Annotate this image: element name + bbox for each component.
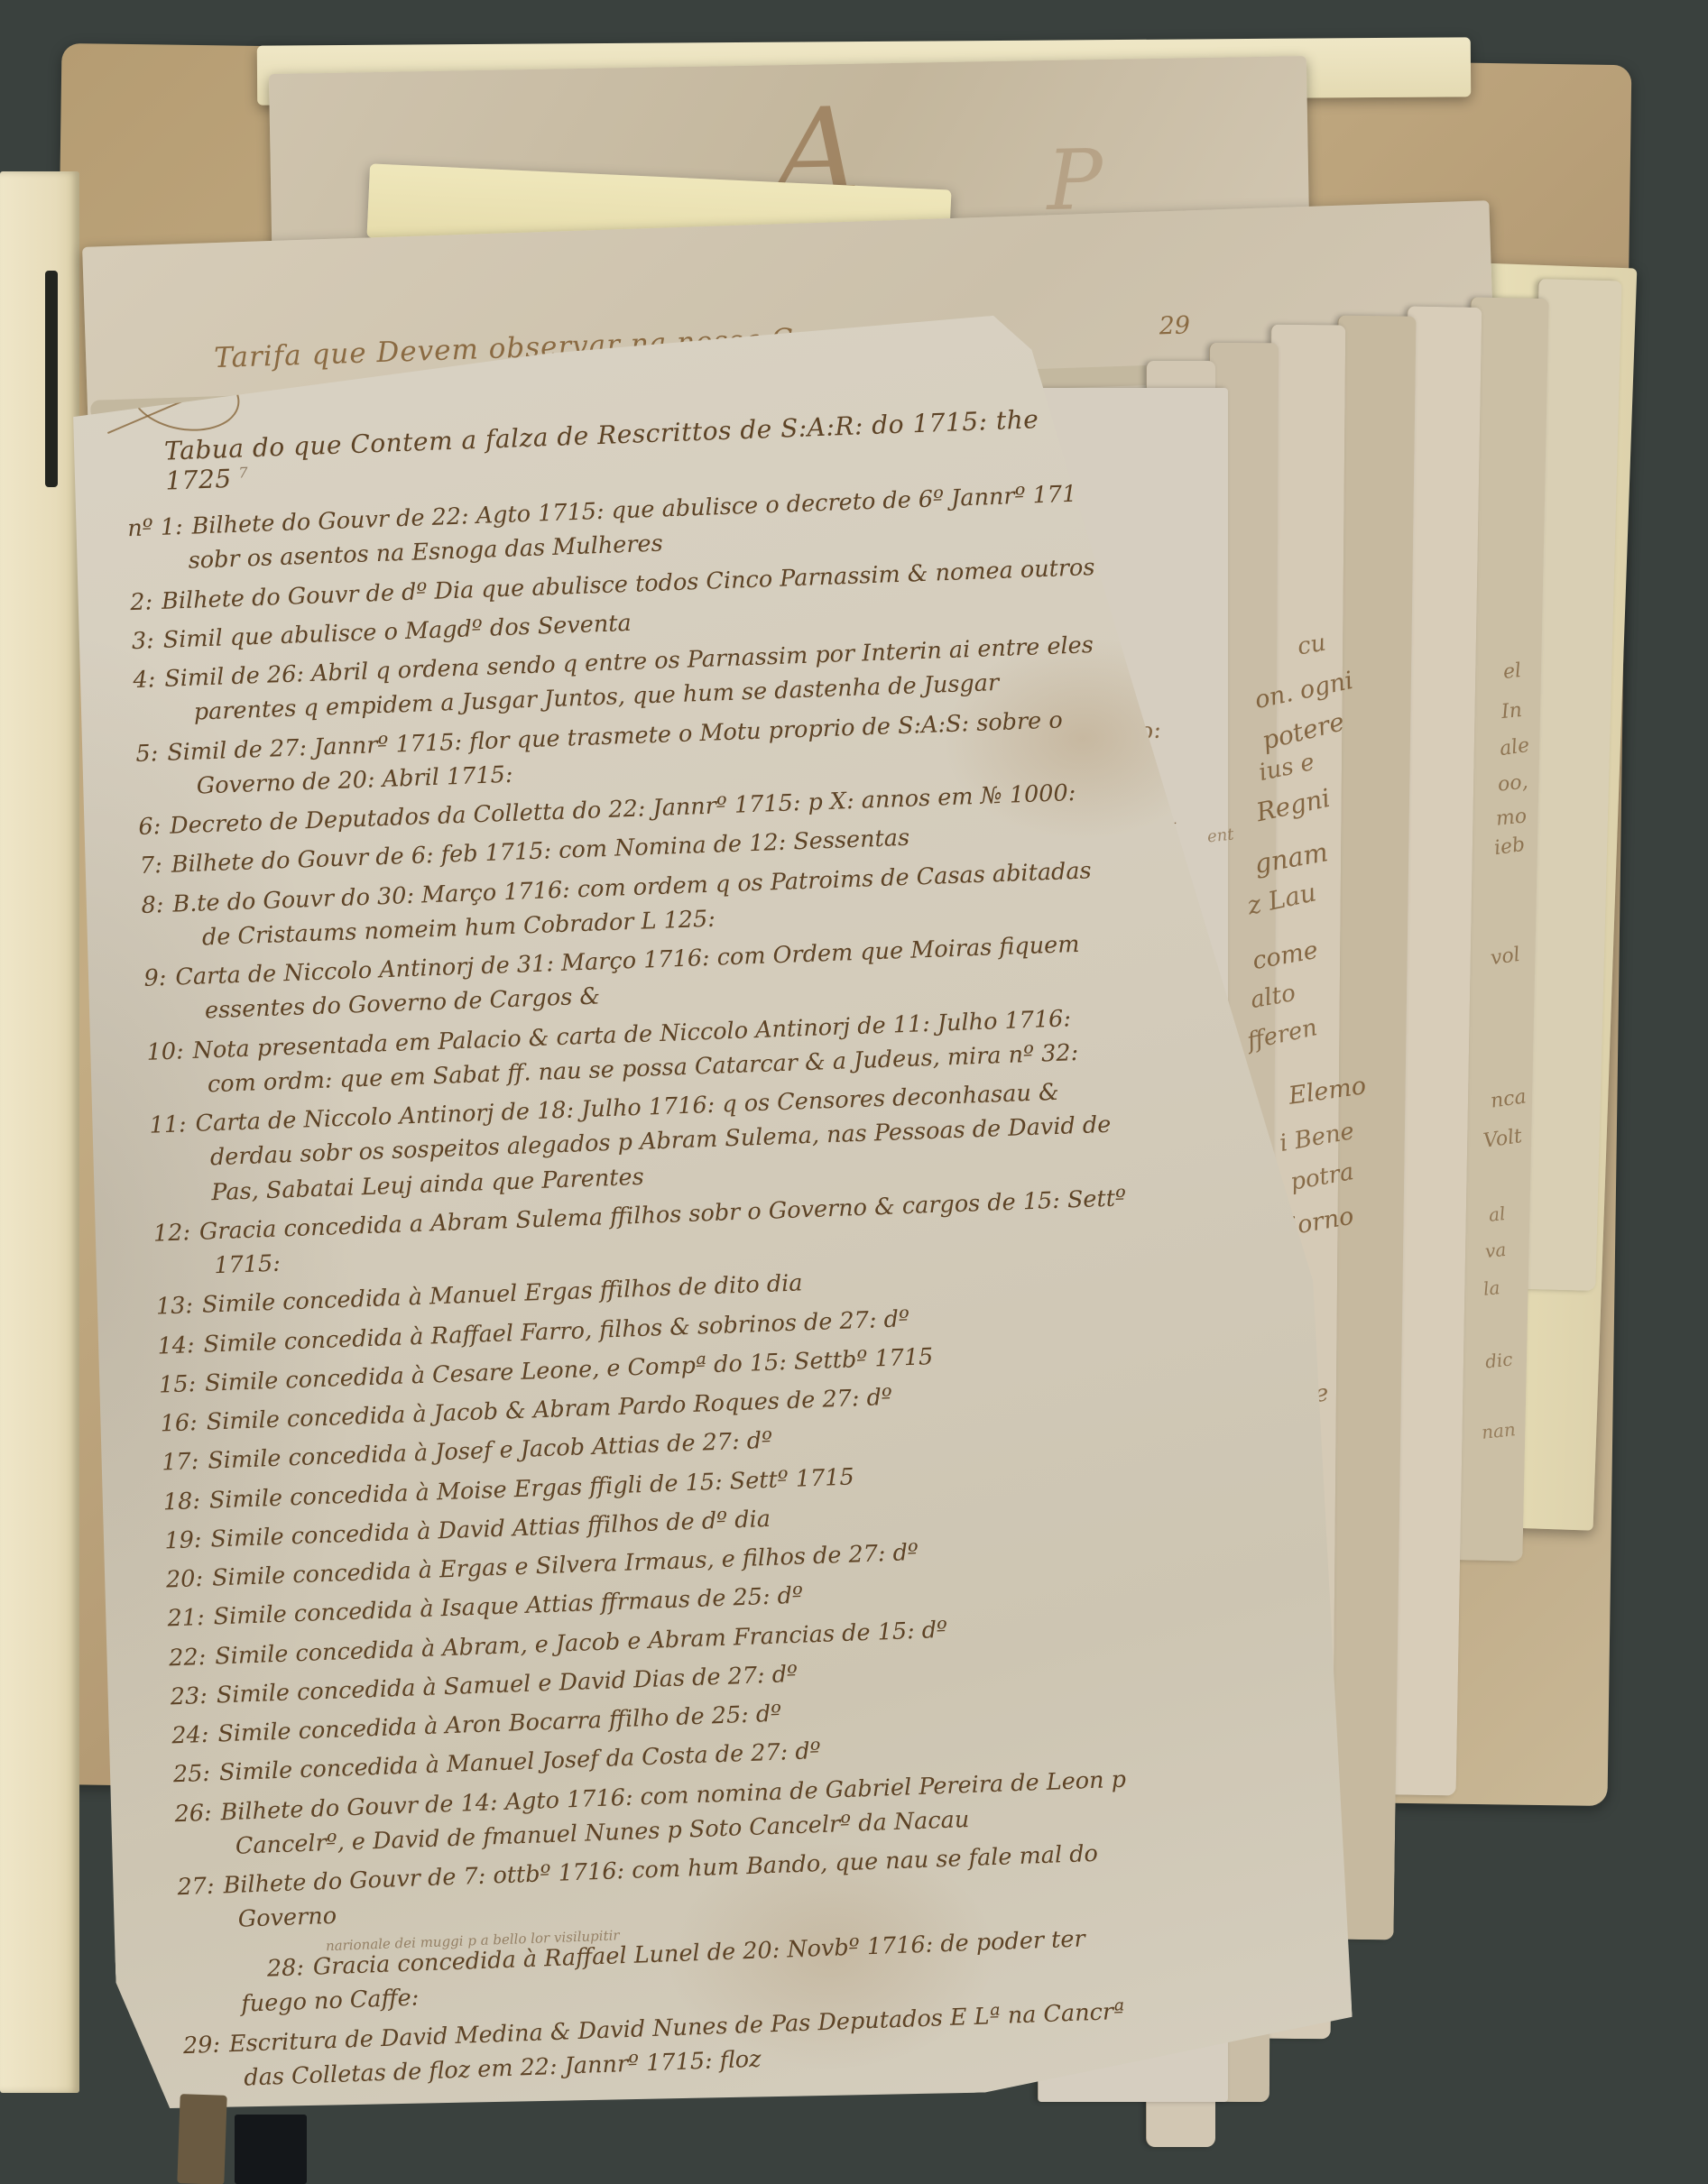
entry-number: 8: <box>141 891 164 919</box>
margin-mark <box>113 873 140 874</box>
entry-number: 23: <box>170 1682 208 1710</box>
entry-number: 4: <box>133 666 156 694</box>
margin-mark <box>138 1548 165 1549</box>
entry-number: 16: <box>160 1409 198 1437</box>
margin-mark: — <box>106 663 134 698</box>
edge-text-fragment: mo <box>1495 805 1528 830</box>
entry-number: 7: <box>139 852 162 880</box>
margin-mark: — <box>103 585 131 621</box>
edge-text-fragment: la <box>1482 1276 1501 1300</box>
margin-mark <box>123 1133 150 1134</box>
entry-number: 29: <box>182 2031 220 2059</box>
margin-mark <box>151 1894 178 1895</box>
title-superscript: 7 <box>238 464 248 481</box>
entry-number: 27: <box>177 1873 215 1901</box>
index-page-paper: nº Tabua do que Contem a falza de Rescri… <box>56 305 1354 2124</box>
margin-mark: — <box>114 888 142 923</box>
margin-mark <box>146 1783 173 1783</box>
edge-text-fragment: oo, <box>1497 770 1529 796</box>
margin-mark: — <box>104 624 132 659</box>
margin-mark <box>120 1059 147 1060</box>
margin-mark <box>136 1509 163 1510</box>
numero-mark: nº <box>77 368 110 403</box>
margin-mark <box>129 1314 156 1315</box>
edge-text-fragment: nan <box>1481 1418 1517 1443</box>
entry-number: 22: <box>169 1643 207 1671</box>
cover-spine-sliver <box>177 2094 226 2184</box>
entry-number: 9: <box>143 964 167 992</box>
entry-number: 6: <box>138 813 162 841</box>
margin-mark <box>131 1353 158 1354</box>
edge-text-fragment: In <box>1500 699 1523 723</box>
margin-mark: — <box>147 1797 175 1832</box>
binding-strap <box>235 2115 307 2184</box>
margin-mark <box>141 1626 168 1627</box>
margin-mark <box>240 1977 267 1977</box>
index-entries: nº 1:Bilhete do Gouvr de 22: Agto 1715: … <box>100 476 1160 2099</box>
edge-text-fragment: dic <box>1484 1348 1514 1372</box>
edge-text-fragment: va <box>1484 1239 1508 1262</box>
entry-number: 17: <box>162 1448 199 1476</box>
entry-number: 13: <box>155 1292 193 1320</box>
margin-mark <box>126 1240 153 1241</box>
entry-number: 12: <box>152 1219 190 1247</box>
margin-mark <box>101 536 128 537</box>
margin-mark <box>132 1392 159 1393</box>
entry-number: 20: <box>165 1565 203 1593</box>
edge-text-fragment: vol <box>1489 944 1521 970</box>
entry-number: nº 1: <box>127 513 183 542</box>
edge-text-fragment: al <box>1488 1203 1507 1226</box>
margin-mark <box>143 1704 171 1705</box>
edge-text-fragment: el <box>1502 659 1523 684</box>
entry-number: 18: <box>162 1488 200 1516</box>
margin-mark <box>139 1587 166 1588</box>
entry-number: 26: <box>174 1799 212 1827</box>
entry-number: 25: <box>172 1760 210 1788</box>
edge-text-fragment: nca <box>1489 1085 1528 1112</box>
margin-mark <box>134 1432 161 1433</box>
title-text: Tabua do que Contem a falza de Rescritto… <box>164 404 1039 495</box>
entry-number: 3: <box>131 627 154 655</box>
margin-mark <box>117 986 144 987</box>
margin-mark <box>145 1743 172 1744</box>
entry-number: 2: <box>130 588 153 616</box>
entry-number: 10: <box>146 1037 184 1065</box>
margin-mark: – <box>142 1641 170 1676</box>
margin-mark <box>156 2053 183 2054</box>
margin-mark <box>135 1470 162 1471</box>
edge-text-fragment: Volt <box>1482 1125 1523 1153</box>
edge-text-fragment: ale <box>1498 734 1530 760</box>
entry-number: 5: <box>135 740 159 768</box>
manuscript-photo: A P Tarifa que Devem observar na nossa C… <box>0 0 1708 2184</box>
entry-number: 28: <box>266 1954 304 1982</box>
entry-number: 14: <box>157 1332 195 1359</box>
edge-text-fragment: ieb <box>1492 834 1526 861</box>
entry-number: 15: <box>159 1370 197 1398</box>
entry-number: 19: <box>164 1526 202 1554</box>
entry-number: 21: <box>167 1604 205 1632</box>
margin-mark: — <box>108 737 136 772</box>
index-page: nº Tabua do que Contem a falza de Rescri… <box>56 305 1354 2124</box>
margin-mark <box>112 834 139 835</box>
entry-number: 11: <box>149 1110 187 1138</box>
entry-number: 24: <box>171 1721 209 1749</box>
